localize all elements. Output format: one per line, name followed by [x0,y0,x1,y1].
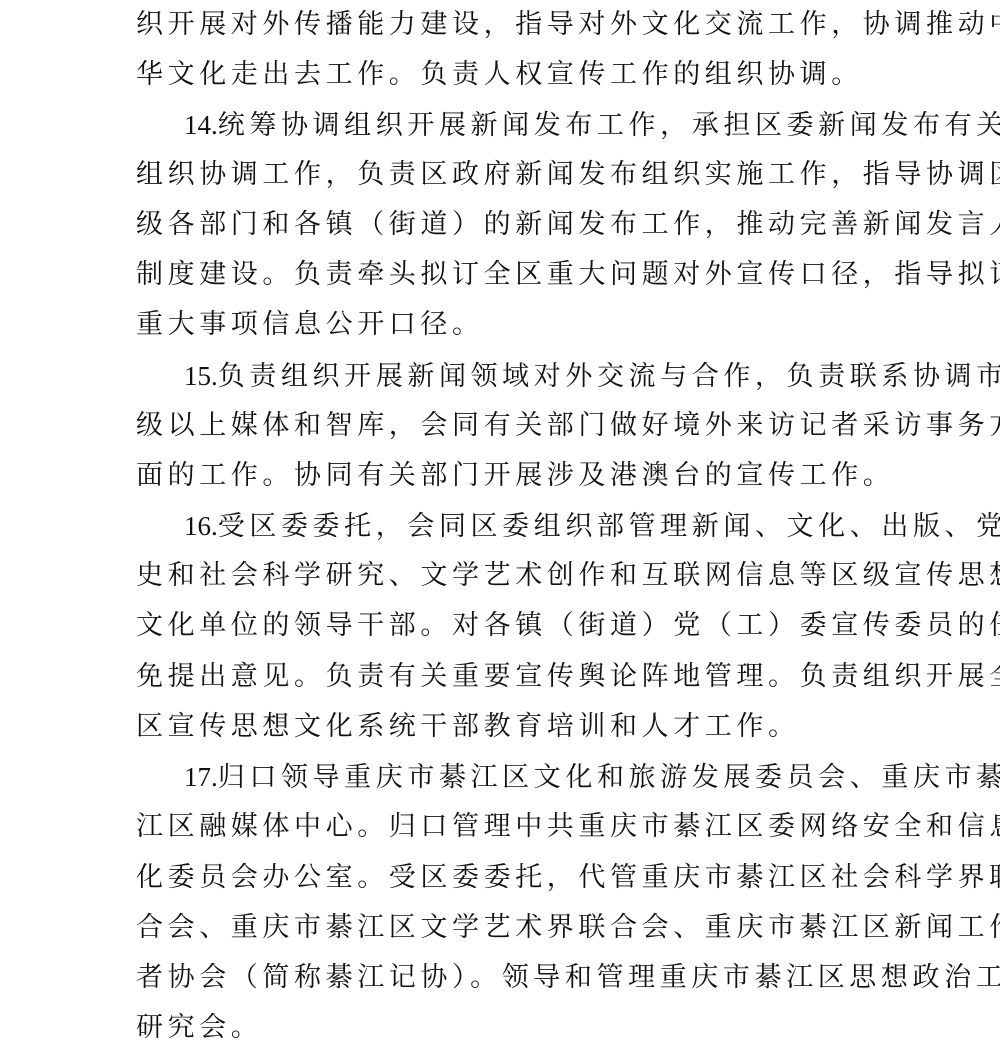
item-number: 17. [184,762,218,792]
text-line: 制度建设。负责牵头拟订全区重大问题对外宣传口径，指导拟订 [136,250,1000,300]
text-line: 合会、重庆市綦江区文学艺术界联合会、重庆市綦江区新闻工作 [136,903,1000,953]
text-line: 织开展对外传播能力建设，指导对外文化交流工作，协调推动中 [136,0,1000,50]
text-line: 江区融媒体中心。归口管理中共重庆市綦江区委网络安全和信息 [136,802,1000,852]
text-line: 组织协调工作，负责区政府新闻发布组织实施工作，指导协调区 [136,150,1000,200]
text-line: 归口领导重庆市綦江区文化和旅游发展委员会、重庆市綦 [218,762,1000,793]
text-line: 重大事项信息公开口径。 [136,300,484,350]
text-line: 华文化走出去工作。负责人权宣传工作的组织协调。 [136,50,863,100]
paragraph-16-first-line: 16.受区委委托，会同区委组织部管理新闻、文化、出版、党 [184,501,1000,551]
item-number: 15. [184,361,218,391]
text-line: 级各部门和各镇（街道）的新闻发布工作，推动完善新闻发言人 [136,200,1000,250]
paragraph-15-first-line: 15.负责组织开展新闻领域对外交流与合作，负责联系协调市 [184,351,1000,401]
text-line: 史和社会科学研究、文学艺术创作和互联网信息等区级宣传思想 [136,551,1000,601]
text-line: 受区委委托，会同区委组织部管理新闻、文化、出版、党 [218,511,1000,542]
text-line: 文化单位的领导干部。对各镇（街道）党（工）委宣传委员的任 [136,601,1000,651]
text-line: 面的工作。协同有关部门开展涉及港澳台的宣传工作。 [136,451,894,501]
text-line: 区宣传思想文化系统干部教育培训和人才工作。 [136,702,800,752]
text-line: 免提出意见。负责有关重要宣传舆论阵地管理。负责组织开展全 [136,652,1000,702]
item-number: 14. [184,110,218,140]
text-line: 化委员会办公室。受区委委托，代管重庆市綦江区社会科学界联 [136,853,1000,903]
paragraph-17-first-line: 17.归口领导重庆市綦江区文化和旅游发展委员会、重庆市綦 [184,752,1000,802]
text-line: 研究会。 [136,1003,262,1053]
text-line: 级以上媒体和智库，会同有关部门做好境外来访记者采访事务方 [136,401,1000,451]
text-line: 负责组织开展新闻领域对外交流与合作，负责联系协调市 [218,361,1000,392]
text-line: 者协会（简称綦江记协）。领导和管理重庆市綦江区思想政治工作 [136,953,1000,1003]
item-number: 16. [184,511,218,541]
paragraph-14-first-line: 14.统筹协调组织开展新闻发布工作，承担区委新闻发布有关 [184,100,1000,150]
text-line: 统筹协调组织开展新闻发布工作，承担区委新闻发布有关 [218,110,1000,141]
